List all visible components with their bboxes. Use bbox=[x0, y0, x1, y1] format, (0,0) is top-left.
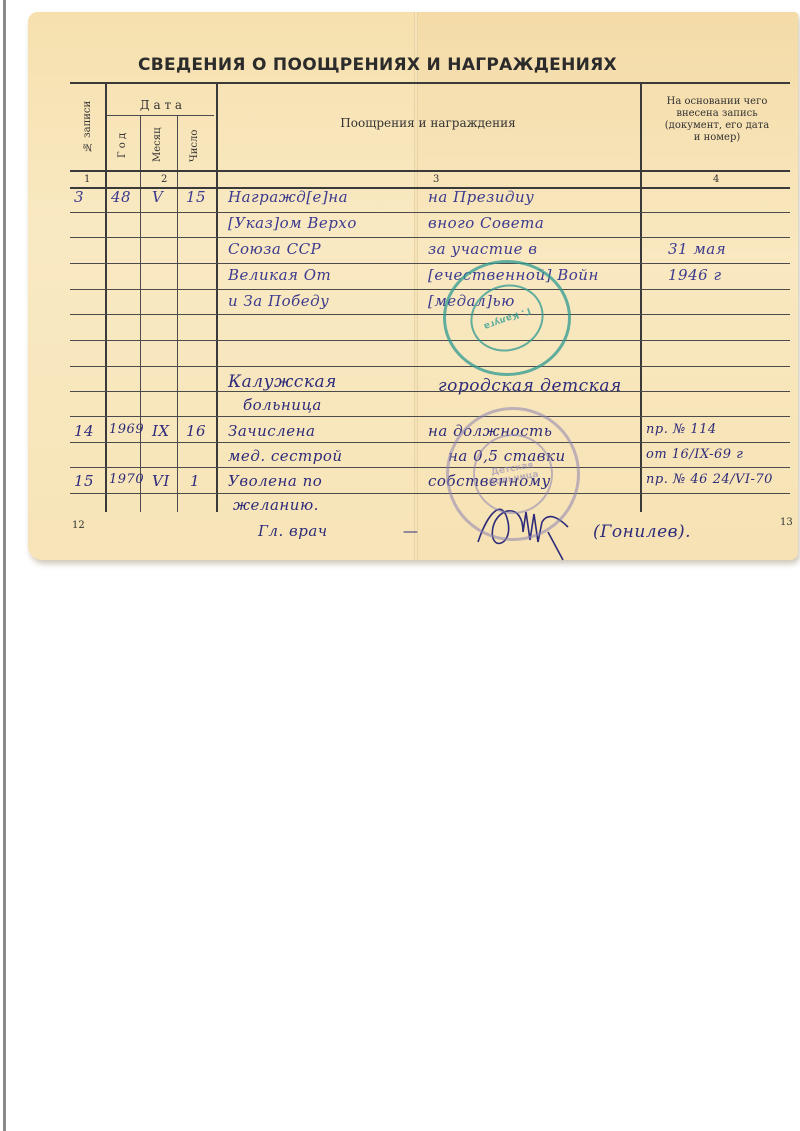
page-title: СВЕДЕНИЯ О ПООЩРЕНИЯХ И НАГРАЖДЕНИЯХ bbox=[138, 55, 617, 75]
header-basis-line: внесена запись bbox=[642, 108, 792, 120]
entry-year: 1970 bbox=[109, 472, 144, 487]
signoff-name: (Гонилев). bbox=[593, 522, 691, 542]
row-rule bbox=[70, 467, 790, 468]
record-book-spread: СВЕДЕНИЯ О ПООЩРЕНИЯХ И НАГРАЖДЕНИЯХ № з… bbox=[28, 12, 798, 560]
entry-basis: 1946 г bbox=[668, 266, 722, 284]
header-basis-line: и номер) bbox=[642, 132, 792, 144]
signoff-role: Гл. врач bbox=[258, 522, 328, 540]
entry-text: Калужская bbox=[228, 372, 337, 392]
column-number-3: 3 bbox=[433, 174, 439, 185]
entry-text: на Президиу bbox=[428, 188, 534, 206]
col-divider-1 bbox=[105, 82, 107, 512]
col-divider-3 bbox=[640, 82, 642, 512]
column-number-4: 4 bbox=[713, 174, 719, 185]
row-rule bbox=[70, 493, 790, 494]
column-number-2: 2 bbox=[161, 174, 167, 185]
row-rule bbox=[70, 263, 790, 264]
entry-text: [Указ]ом Верхо bbox=[228, 214, 357, 232]
header-basis-line: На основании чего bbox=[642, 96, 792, 108]
entry-number: 15 bbox=[74, 472, 94, 490]
book-spine bbox=[414, 12, 418, 560]
entry-text: и За Победу bbox=[228, 292, 329, 310]
header-awards: Поощрения и награждения bbox=[218, 116, 638, 130]
entry-text: Союза ССР bbox=[228, 240, 321, 258]
header-date-group: Д а т а bbox=[108, 98, 214, 112]
header-month: Месяц bbox=[152, 122, 163, 162]
entry-basis: от 16/IX-69 г bbox=[646, 447, 743, 462]
entry-text: больница bbox=[243, 396, 322, 414]
entry-day: 16 bbox=[186, 422, 206, 440]
entry-basis: пр. № 46 24/VI-70 bbox=[646, 472, 773, 487]
header-entry-no: № записи bbox=[82, 92, 93, 152]
entry-text: мед. сестрой bbox=[228, 447, 343, 465]
entry-day: 15 bbox=[186, 188, 206, 206]
date-group-rule bbox=[106, 115, 214, 116]
entry-basis: пр. № 114 bbox=[646, 422, 717, 437]
entry-text: желанию. bbox=[233, 496, 319, 514]
row-rule bbox=[70, 314, 790, 315]
violet-round-stamp: Детская больница bbox=[446, 407, 580, 541]
entry-text: городская детская bbox=[438, 376, 622, 396]
entry-day: 1 bbox=[190, 472, 200, 490]
row-rule bbox=[70, 416, 790, 417]
entry-text: Награжд[е]на bbox=[228, 188, 348, 206]
row-rule bbox=[70, 212, 790, 213]
header-year: Г о д bbox=[117, 130, 128, 158]
entry-number: 14 bbox=[74, 422, 94, 440]
entry-text: Великая От bbox=[228, 266, 331, 284]
entry-text: Зачислена bbox=[228, 422, 315, 440]
entry-text: за участие в bbox=[428, 240, 538, 258]
entry-month: VI bbox=[152, 472, 170, 490]
header-day: Число bbox=[189, 122, 200, 162]
signoff-dash: — bbox=[403, 522, 419, 540]
entry-year: 48 bbox=[111, 188, 131, 206]
row-rule bbox=[70, 289, 790, 290]
row-rule bbox=[70, 442, 790, 443]
stamp-inner-text: Детская больница bbox=[467, 428, 560, 521]
entry-month: V bbox=[152, 188, 163, 206]
row-rule bbox=[70, 237, 790, 238]
entry-number: 3 bbox=[74, 188, 84, 206]
page-number-left: 12 bbox=[72, 520, 85, 531]
entry-basis: 31 мая bbox=[668, 240, 726, 258]
stamp-inner-text: Г. Калуга bbox=[461, 274, 553, 361]
col-divider-2 bbox=[216, 82, 218, 512]
row-rule bbox=[70, 391, 790, 392]
entry-text: Уволена по bbox=[228, 472, 322, 490]
table-top-rule bbox=[70, 82, 790, 84]
header-basis-line: (документ, его дата bbox=[642, 120, 792, 132]
entry-month: IX bbox=[152, 422, 170, 440]
scan-edge bbox=[3, 0, 6, 1131]
entry-text: вного Совета bbox=[428, 214, 544, 232]
entry-year: 1969 bbox=[109, 422, 144, 437]
column-number-top-rule bbox=[70, 170, 790, 172]
header-basis: На основании чего внесена запись (докуме… bbox=[642, 96, 792, 144]
page-number-right: 13 bbox=[780, 517, 793, 528]
column-number-1: 1 bbox=[84, 174, 90, 185]
row-rule bbox=[70, 366, 790, 367]
green-round-stamp: Г. Калуга bbox=[443, 260, 571, 376]
row-rule bbox=[70, 340, 790, 341]
